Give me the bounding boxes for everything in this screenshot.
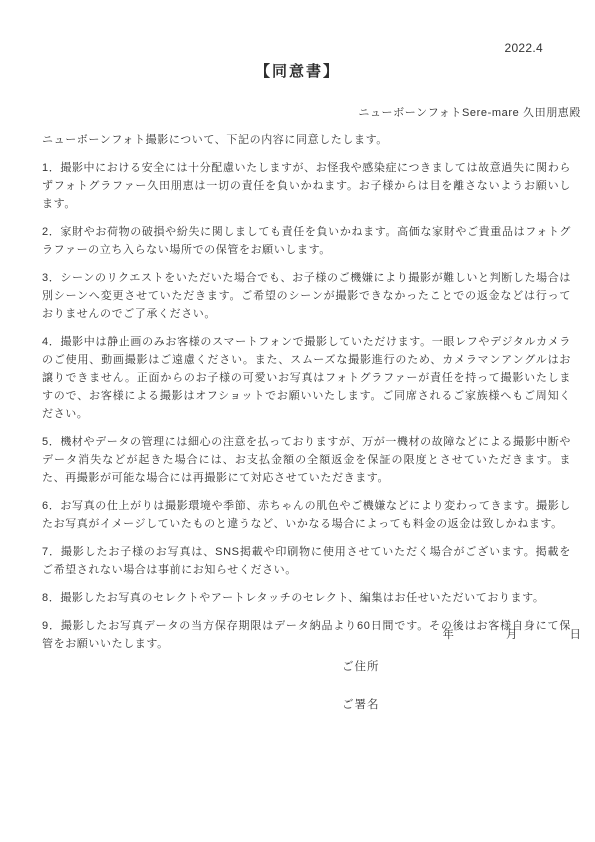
intro-paragraph: ニューボーンフォト撮影について、下記の内容に同意したします。	[42, 131, 571, 149]
clause-8: 8．撮影したお写真のセレクトやアートレタッチのセレクト、編集はお任せいただいてお…	[42, 589, 571, 607]
month-label: 月	[506, 626, 518, 642]
clause-5: 5．機材やデータの管理には細心の注意を払っておりますが、万が一機材の故障などによ…	[42, 433, 571, 487]
clause-1: 1．撮影中における安全には十分配慮いたしますが、お怪我や感染症につきましては故意…	[42, 159, 571, 213]
document-date: 2022.4	[504, 41, 543, 55]
document-title: 【同意書】	[0, 60, 595, 81]
clause-3: 3．シーンのリクエストをいただいた場合でも、お子様のご機嫌により撮影が難しいと判…	[42, 269, 571, 323]
day-label: 日	[570, 626, 582, 642]
signature-date-line: 年 月 日	[443, 626, 582, 642]
consent-document-page: 2022.4 【同意書】 ニューボーンフォトSere-mare 久田朋恵殿 ニュ…	[0, 0, 595, 842]
year-label: 年	[443, 626, 455, 642]
clause-2: 2．家財やお荷物の破損や紛失に関しましても責任を負いかねます。高価な家財やご貴重…	[42, 223, 571, 259]
clause-7: 7．撮影したお子様のお写真は、SNS掲載や印刷物に使用させていただく場合がござい…	[42, 543, 571, 579]
signature-label: ご署名	[342, 696, 380, 712]
clause-4: 4．撮影中は静止画のみお客様のスマートフォンで撮影していただけます。一眼レフやデ…	[42, 333, 571, 423]
recipient-line: ニューボーンフォトSere-mare 久田朋恵殿	[358, 104, 581, 120]
clause-6: 6．お写真の仕上がりは撮影環境や季節、赤ちゃんの肌色やご機嫌などにより変わってき…	[42, 497, 571, 533]
address-label: ご住所	[342, 658, 380, 674]
document-body: ニューボーンフォト撮影について、下記の内容に同意したします。 1．撮影中における…	[42, 131, 571, 663]
